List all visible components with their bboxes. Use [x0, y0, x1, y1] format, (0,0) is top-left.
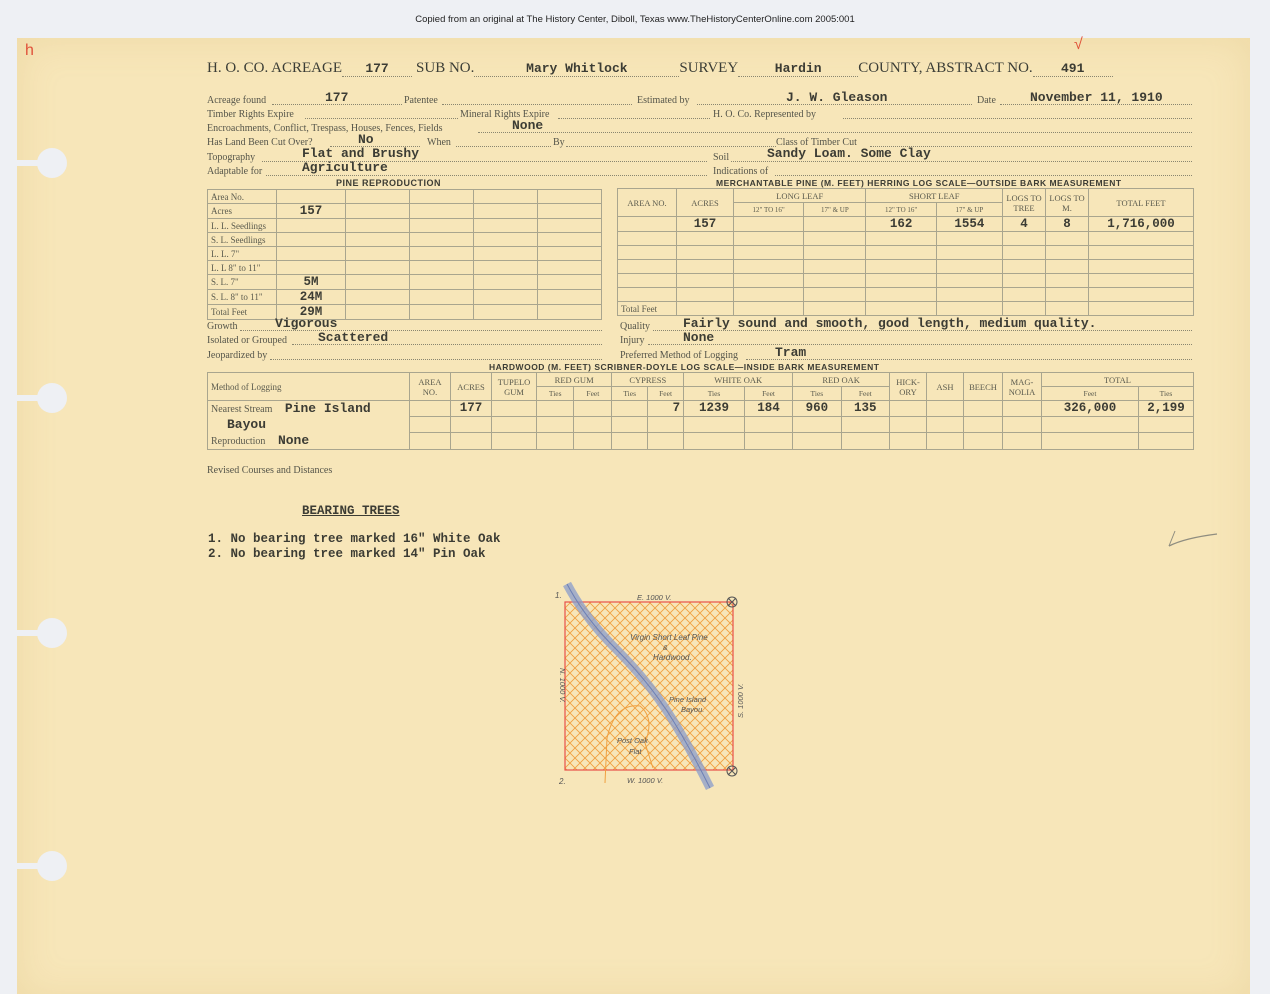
hardwood-table: Method of Logging AREA NO. ACRES TUPELO …: [207, 372, 1194, 450]
injury-value: None: [683, 330, 714, 345]
preferred-logging-label: Preferred Method of Logging: [620, 350, 738, 361]
svg-text:&: &: [663, 645, 668, 652]
svg-text:2.: 2.: [558, 777, 566, 786]
county-abstract-label: COUNTY, ABSTRACT NO.: [858, 60, 1032, 77]
encroachments-value: None: [512, 118, 543, 133]
red-corner-mark: h: [25, 42, 34, 60]
bearing-tree-item: 2. No bearing tree marked 14" Pin Oak: [208, 547, 486, 561]
hardwood-title: HARDWOOD (M. FEET) SCRIBNER-DOYLE LOG SC…: [489, 362, 880, 372]
bearing-tree-item: 1. No bearing tree marked 16" White Oak: [208, 532, 501, 546]
adaptable-value: Agriculture: [302, 160, 388, 175]
sl-7-value: 5M: [277, 275, 346, 290]
indications-label: Indications of: [713, 166, 768, 177]
soil-value: Sandy Loam. Some Clay: [767, 146, 931, 161]
date-value: November 11, 1910: [1030, 90, 1163, 105]
represented-by-label: H. O. Co. Represented by: [713, 109, 816, 120]
archive-note: Copied from an original at The History C…: [0, 14, 1270, 25]
header-row: H. O. CO. ACREAGE 177 SUB NO. Mary Whitl…: [207, 60, 1192, 77]
abstract-no-value: 491: [1033, 61, 1113, 77]
cut-over-value: No: [358, 132, 374, 147]
quality-label: Quality: [620, 321, 650, 332]
bearing-trees-title: BEARING TREES: [302, 504, 400, 518]
svg-text:1.: 1.: [555, 591, 562, 600]
pine-acres-value: 157: [277, 204, 346, 219]
by-label: By: [553, 137, 565, 148]
svg-text:Hardwood.: Hardwood.: [653, 653, 692, 662]
svg-text:S. 1000 V.: S. 1000 V.: [736, 684, 745, 718]
punch-hole: [37, 618, 67, 648]
acreage-value: 177: [342, 61, 412, 77]
jeopardized-label: Jeopardized by: [207, 350, 267, 361]
sub-no-label: SUB NO.: [416, 60, 474, 77]
injury-label: Injury: [620, 335, 644, 346]
merchantable-pine-table: AREA NO. ACRES LONG LEAF SHORT LEAF LOGS…: [617, 188, 1194, 316]
punch-hole: [37, 148, 67, 178]
svg-text:Flat: Flat: [629, 747, 642, 756]
growth-value: Vigorous: [275, 316, 337, 331]
merchantable-pine-title: MERCHANTABLE PINE (M. FEET) HERRING LOG …: [716, 178, 1122, 188]
pine-reproduction-title: PINE REPRODUCTION: [336, 178, 441, 188]
cut-over-label: Has Land Been Cut Over?: [207, 137, 313, 148]
topography-value: Flat and Brushy: [302, 146, 419, 161]
sub-no-value: Mary Whitlock: [474, 61, 679, 77]
survey-plat-map: 1. 2. E. 1000 V. W. 1000 V. N. 1000 V. S…: [545, 578, 745, 798]
nearest-stream-value: Pine Island: [285, 401, 371, 416]
svg-text:Bayou.: Bayou.: [681, 705, 704, 714]
when-label: When: [427, 137, 451, 148]
soil-label: Soil: [713, 152, 729, 163]
svg-text:Post Oak: Post Oak: [617, 736, 649, 745]
svg-text:N. 1000 V.: N. 1000 V.: [558, 668, 567, 703]
reproduction-value: None: [278, 433, 309, 448]
hardwood-row: Nearest Stream Pine Island Bayou Reprodu…: [208, 401, 1194, 417]
date-label: Date: [977, 95, 996, 106]
survey-label: SURVEY: [679, 60, 738, 77]
acreage-found-label: Acreage found: [207, 95, 266, 106]
adaptable-label: Adaptable for: [207, 166, 262, 177]
survey-value: Hardin: [738, 61, 858, 77]
estimated-by-label: Estimated by: [637, 95, 690, 106]
isolated-value: Scattered: [318, 330, 388, 345]
acreage-label: H. O. CO. ACREAGE: [207, 60, 342, 77]
isolated-label: Isolated or Grouped: [207, 335, 287, 346]
punch-hole: [37, 851, 67, 881]
revised-courses-label: Revised Courses and Distances: [207, 465, 332, 476]
merchantable-pine-row: 157 162 1554 4 8 1,716,000: [618, 217, 1194, 232]
pine-reproduction-table: Area No. Acres157 L. L. Seedlings S. L. …: [207, 189, 602, 320]
acreage-found-value: 177: [325, 90, 348, 105]
patentee-label: Patentee: [404, 95, 438, 106]
punch-hole: [37, 383, 67, 413]
svg-text:Virgin Short Leaf Pine: Virgin Short Leaf Pine: [630, 633, 708, 642]
estimated-by-value: J. W. Gleason: [786, 90, 887, 105]
pencil-check-mark: [1165, 528, 1225, 550]
sl-8-11-value: 24M: [277, 290, 346, 305]
encroachments-label: Encroachments, Conflict, Trespass, House…: [207, 123, 443, 134]
svg-text:W. 1000 V.: W. 1000 V.: [627, 776, 663, 785]
topography-label: Topography: [207, 152, 255, 163]
svg-text:Pine Island: Pine Island: [669, 695, 707, 704]
red-check-mark: √: [1074, 36, 1083, 54]
timber-rights-label: Timber Rights Expire: [207, 109, 294, 120]
growth-label: Growth: [207, 321, 238, 332]
quality-value: Fairly sound and smooth, good length, me…: [683, 316, 1096, 331]
svg-text:E. 1000 V.: E. 1000 V.: [637, 593, 671, 602]
preferred-logging-value: Tram: [775, 345, 806, 360]
